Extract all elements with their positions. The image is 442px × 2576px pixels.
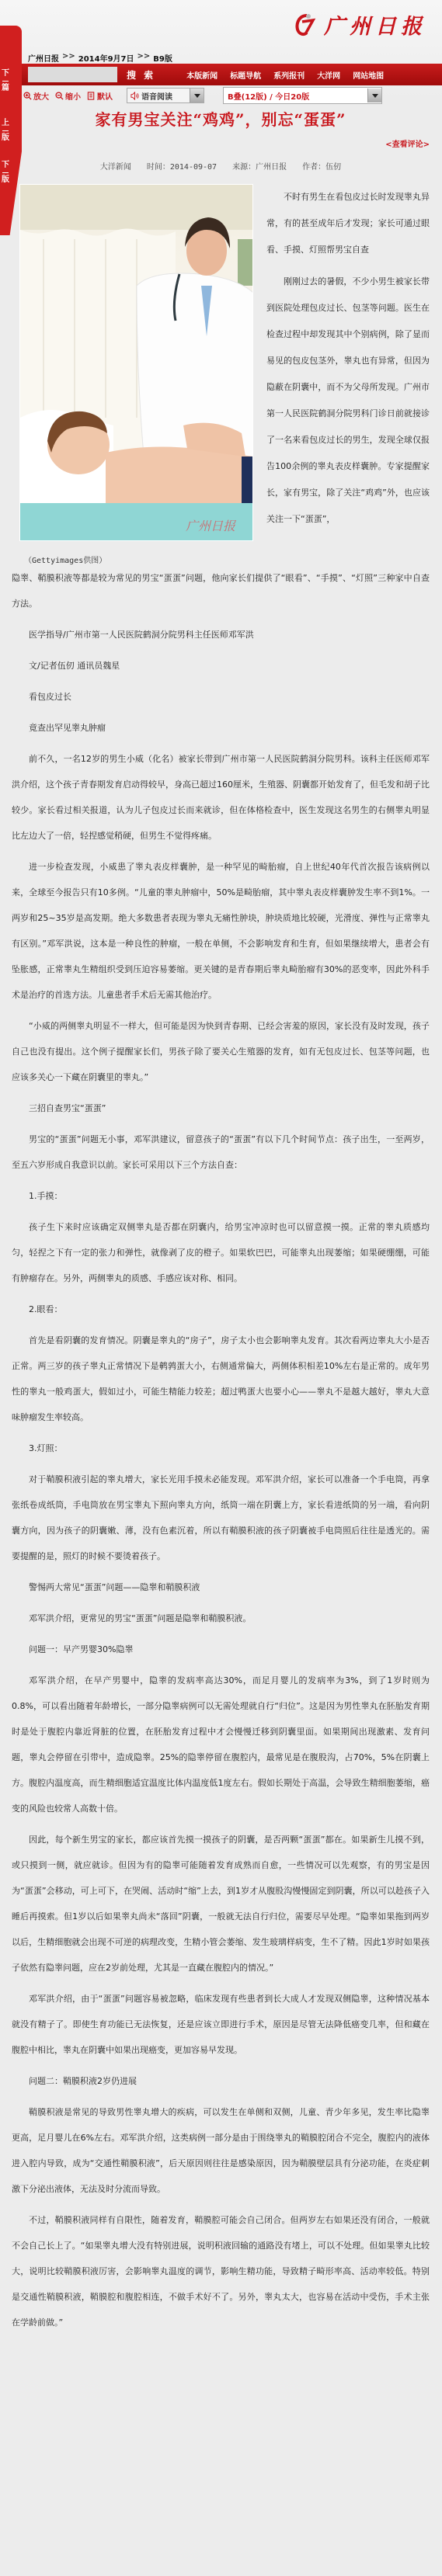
article-lead: 广州日报 （Gettyimages供图） 不时有男生在看包皮过长时发现睾丸异常，…	[12, 184, 430, 565]
document-icon	[87, 92, 96, 100]
meta-time: 时间：2014-09-07	[147, 163, 217, 172]
zoom-out-button[interactable]: 缩小	[55, 90, 81, 102]
paragraph: 文/记者伍仞 通讯员魏星	[12, 653, 430, 679]
subheading: 看包皮过长	[12, 684, 430, 710]
newspaper-logo[interactable]: 广州日报	[294, 9, 426, 40]
nav-link-dayoo[interactable]: 大洋网	[317, 69, 340, 81]
nav-link-series[interactable]: 系列报刊	[273, 69, 305, 81]
subheading: 2.眼看：	[12, 1297, 430, 1322]
paragraph: 男宝的“蛋蛋”问题无小事，邓军洪建议，留意孩子的“蛋蛋”有以下几个时间节点：孩子…	[12, 1127, 430, 1178]
subheading: 1.手摸：	[12, 1183, 430, 1209]
paragraph: 进一步检查发现，小威患了睾丸表皮样囊肿，是一种罕见的畸胎瘤，自上世纪40年代首次…	[12, 854, 430, 1008]
svg-text:广州日报: 广州日报	[186, 519, 237, 533]
paragraph: 孩子生下来时应该确定双侧睾丸是否都在阴囊内，给男宝冲凉时也可以留意摸一摸。正常的…	[12, 1214, 430, 1291]
article-body: 隐睾、鞘膜积液等都是较为常见的男宝“蛋蛋”问题，他向家长们提供了“眼看”、“手摸…	[12, 565, 430, 2335]
paragraph: “小威的两侧睾丸明显不一样大，但可能是因为快到青春期、已经会害羞的原因，家长没有…	[12, 1013, 430, 1090]
article-figure: 广州日报 （Gettyimages供图）	[19, 184, 257, 565]
nav-links: 本版新闻 标题导航 系列报刊 大洋网 网站地图	[186, 69, 384, 81]
breadcrumb-newspaper[interactable]: 广州日报	[28, 52, 59, 64]
logo-text: 广州日报	[324, 9, 426, 40]
subheading: 问题一：早产男婴30%隐睾	[12, 1637, 430, 1662]
subheading: 警惕两大常见“蛋蛋”问题——隐睾和鞘膜积液	[12, 1574, 430, 1600]
breadcrumb: 广州日报 >> 2014年9月7日 >> B9版	[28, 52, 172, 64]
nav-link-sitemap[interactable]: 网站地图	[353, 69, 384, 81]
logo-mark-icon	[294, 12, 319, 37]
paragraph: 前不久，一名12岁的男生小威（化名）被家长带到广州市第一人民医院鹤洞分院男科。该…	[12, 746, 430, 849]
doctor-examining-boy-image: 广州日报	[20, 185, 253, 541]
article: 家有男宝关注“鸡鸡”，别忘“蛋蛋” <查看评论> 大洋新闻 时间：2014-09…	[0, 107, 442, 2335]
chevron-down-icon[interactable]	[367, 89, 381, 102]
meta-site: 大洋新闻	[100, 163, 131, 172]
previous-page-tab[interactable]: 上 版	[0, 119, 11, 143]
paragraph: 对于鞘膜积液引起的睾丸增大，家长光用手摸未必能发现。邓军洪介绍，家长可以准备一个…	[12, 1467, 430, 1569]
subheading: 问题二：鞘膜积液2岁仍进展	[12, 2068, 430, 2094]
article-title: 家有男宝关注“鸡鸡”，别忘“蛋蛋”	[12, 107, 430, 130]
zoom-in-button[interactable]: 放大	[23, 90, 49, 102]
breadcrumb-page[interactable]: B9版	[153, 52, 172, 64]
nav-link-headline-nav[interactable]: 标题导航	[230, 69, 261, 81]
subheading: 三招自查男宝“蛋蛋”	[12, 1095, 430, 1121]
nav-link-page-news[interactable]: 本版新闻	[186, 69, 218, 81]
paragraph: 隐睾、鞘膜积液等都是较为常见的男宝“蛋蛋”问题，他向家长们提供了“眼看”、“手摸…	[12, 565, 430, 616]
meta-source: 来源：广州日报	[232, 163, 287, 172]
reading-toolbar: 放大 缩小 默认 语音阅读 B叠(12版) / 今日20版	[23, 87, 434, 104]
meta-author: 作者：伍仞	[302, 163, 341, 172]
article-meta: 大洋新闻 时间：2014-09-07 来源：广州日报 作者：伍仞	[12, 160, 430, 172]
breadcrumb-separator: >>	[137, 52, 151, 64]
search-button[interactable]: 搜 索	[127, 68, 155, 82]
view-comments-link[interactable]: <查看评论>	[12, 137, 430, 149]
paragraph: 邓军洪介绍，在早产男婴中，隐睾的发病率高达30%，而足月婴儿的发病率为3%，到了…	[12, 1668, 430, 1821]
subheading: 3.灯照：	[12, 1436, 430, 1461]
paragraph: 邓军洪介绍，更常见的男宝“蛋蛋”问题是隐睾和鞘膜积液。	[12, 1606, 430, 1631]
article-photo[interactable]: 广州日报	[19, 184, 253, 541]
zoom-in-icon	[23, 92, 32, 100]
lead-text: 不时有男生在看包皮过长时发现睾丸异常，有的甚至成年后才发现；家长可通过眼看、手摸…	[257, 184, 430, 565]
paragraph: 医学指导/广州市第一人民医院鹤洞分院男科主任医师邓军洪	[12, 622, 430, 647]
edition-select[interactable]: B叠(12版) / 今日20版	[223, 87, 382, 104]
default-size-button[interactable]: 默认	[87, 90, 113, 102]
breadcrumb-date[interactable]: 2014年9月7日	[78, 52, 134, 64]
chevron-down-icon[interactable]	[190, 89, 204, 102]
page-header: 广州日报 广州日报 >> 2014年9月7日 >> B9版 搜 索 本版新闻 标…	[0, 0, 442, 101]
speaker-icon	[131, 92, 139, 100]
paragraph: 不过，鞘膜积液同样有自限性，随着发育，鞘膜腔可能会自己闭合。但两岁左右如果还没有…	[12, 2207, 430, 2335]
next-page-tab[interactable]: 下 版	[0, 161, 11, 185]
search-input[interactable]	[28, 67, 117, 82]
breadcrumb-separator: >>	[62, 52, 75, 64]
nav-bar: 搜 索 本版新闻 标题导航 系列报刊 大洋网 网站地图	[22, 64, 442, 85]
next-article-tab[interactable]: 下 篇	[0, 69, 11, 93]
paragraph: 鞘膜积液是常见的导致男性睾丸增大的疾病，可以发生在单侧和双侧，儿童、青少年多见，…	[12, 2099, 430, 2202]
lead-paragraph: 不时有男生在看包皮过长时发现睾丸异常，有的甚至成年后才发现；家长可通过眼看、手摸…	[266, 184, 430, 263]
paragraph: 首先是看阴囊的发育情况。阴囊是睾丸的“房子”，房子太小也会影响睾丸发育。其次看两…	[12, 1328, 430, 1430]
subheading: 竟查出罕见睾丸肿瘤	[12, 715, 430, 741]
paragraph: 因此，每个新生男宝的家长，都应该首先摸一摸孩子的阴囊，是否两颗“蛋蛋”都在。如果…	[12, 1827, 430, 1981]
voice-read-select[interactable]: 语音阅读	[127, 88, 204, 103]
zoom-out-icon	[55, 92, 64, 100]
lead-paragraph: 刚刚过去的暑假，不少小男生被家长带到医院处理包皮过长、包茎等问题。医生在检查过程…	[266, 269, 430, 533]
paragraph: 邓军洪介绍，由于“蛋蛋”问题容易被忽略，临床发现有些患者到长大成人才发现双侧隐睾…	[12, 1986, 430, 2063]
image-caption: （Gettyimages供图）	[19, 554, 257, 565]
